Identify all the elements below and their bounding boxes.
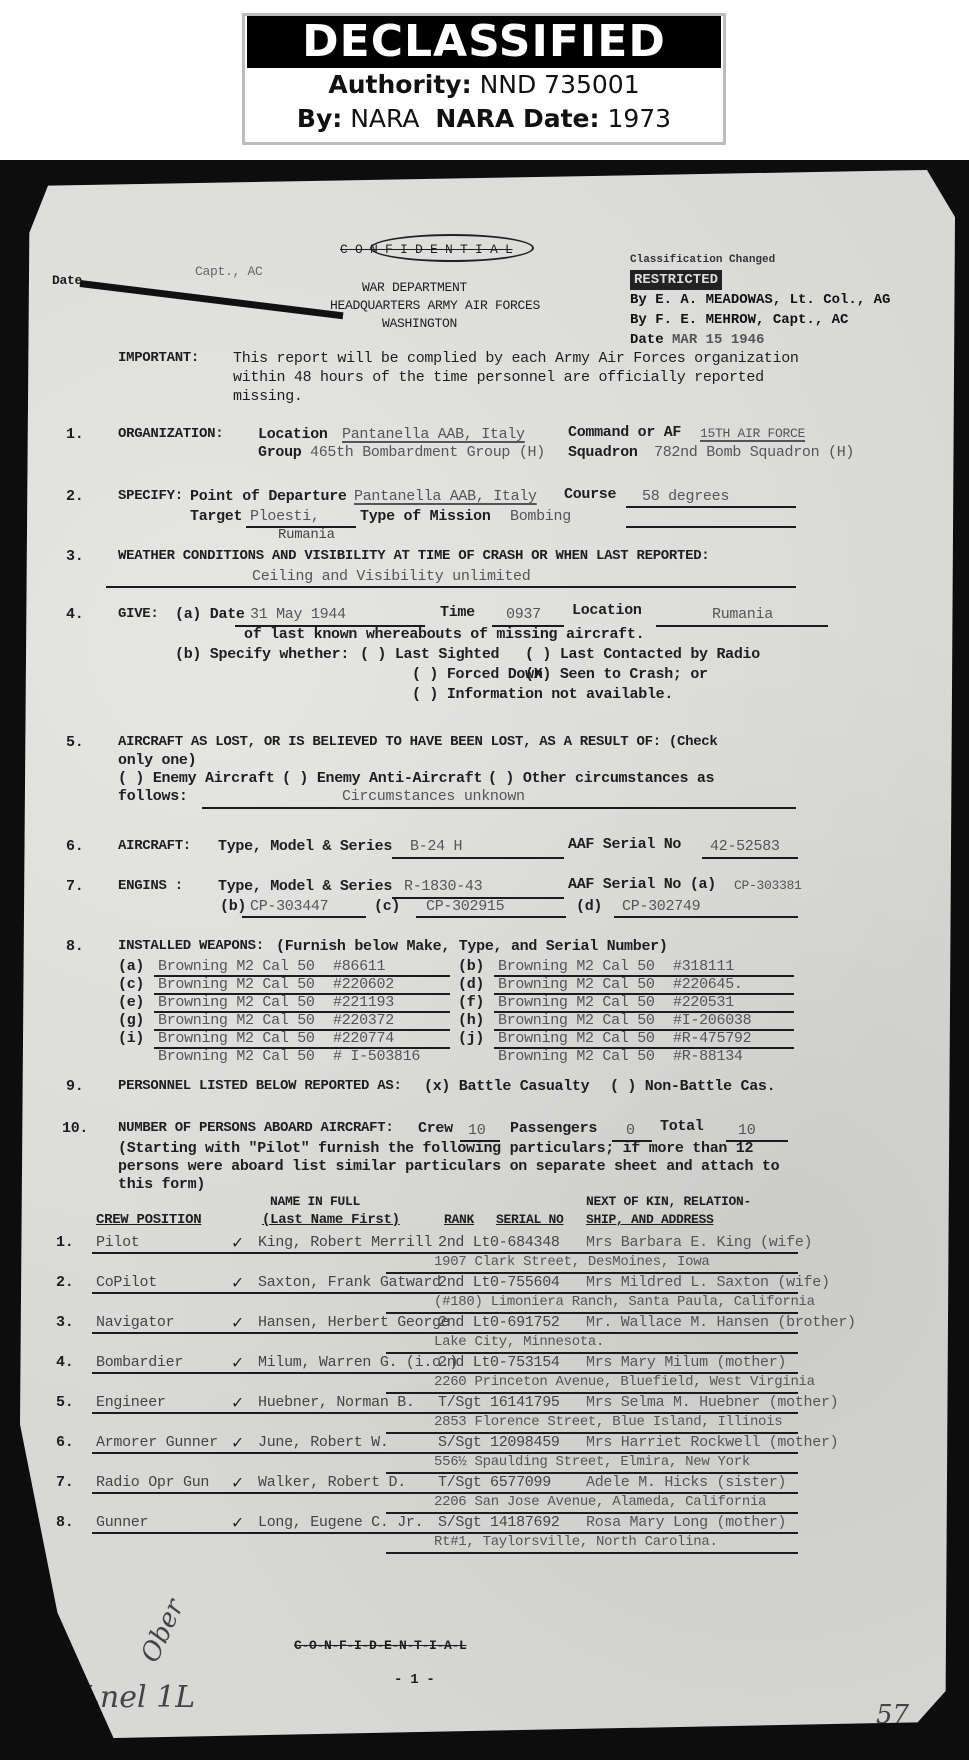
s4-opt-last-sighted[interactable]: ( ) Last Sighted	[360, 646, 499, 663]
s5-label: AIRCRAFT AS LOST, OR IS BELIEVED TO HAVE…	[118, 734, 718, 750]
crew-row-underline	[92, 1292, 798, 1294]
s7-serial-d: CP-302749	[622, 898, 700, 915]
crew-position: CoPilot	[96, 1274, 157, 1291]
crew-name: Walker, Robert D.	[258, 1474, 406, 1491]
crew-kin: Mr. Wallace M. Hansen (brother)	[586, 1314, 856, 1331]
s7-d-underline	[614, 916, 798, 918]
s8-label: INSTALLED WEAPONS:	[118, 938, 264, 954]
hdr-serial: SERIAL NO	[496, 1212, 564, 1227]
crew-row-underline	[92, 1412, 798, 1414]
check-mark-icon: ✓	[232, 1352, 243, 1374]
s2-target-country: Rumania	[278, 527, 335, 543]
s2-mission-value: Bombing	[510, 508, 571, 525]
classification-bottom: C-O-N-F-I-D-E-N-T-I-A-L	[294, 1638, 467, 1653]
crew-name: Milum, Warren G. (i.o.)	[258, 1354, 458, 1371]
s5-opt-enemy-aircraft[interactable]: ( ) Enemy Aircraft	[118, 770, 275, 787]
crew-num: 2.	[56, 1274, 73, 1291]
s9-label: PERSONNEL LISTED BELOW REPORTED AS:	[118, 1078, 402, 1094]
crew-rank: 2nd Lt	[438, 1314, 490, 1331]
page-number: - 1 -	[394, 1672, 435, 1688]
crew-serial: 0-684348	[490, 1234, 560, 1251]
crew-kin: Mrs Harriet Rockwell (mother)	[586, 1434, 838, 1451]
s4-opt-last-contacted[interactable]: ( ) Last Contacted by Radio	[525, 646, 760, 663]
s4-location-label: Location	[572, 602, 642, 619]
check-mark-icon: ✓	[232, 1272, 243, 1294]
weapon-make: Browning M2 Cal 50	[498, 1012, 655, 1029]
s1-command-value: 15TH AIR FORCE	[700, 426, 805, 441]
weapon-make: Browning M2 Cal 50	[158, 976, 315, 993]
date-stamp-value: Capt., AC	[195, 264, 263, 279]
city-title: WASHINGTON	[382, 316, 457, 331]
s2-mission-label: Type of Mission	[360, 508, 491, 525]
crew-rank: 2nd Lt	[438, 1234, 490, 1251]
crew-row-underline	[92, 1492, 798, 1494]
s10-passengers-label: Passengers	[510, 1120, 597, 1137]
important-line-2: within 48 hours of the time personnel ar…	[233, 369, 764, 386]
crew-serial: 12098459	[490, 1434, 560, 1451]
crew-address: (#180) Limoniera Ranch, Santa Paula, Cal…	[434, 1294, 815, 1310]
crew-name: Long, Eugene C. Jr.	[258, 1514, 423, 1531]
hdr-kin-top: NEXT OF KIN, RELATION-	[586, 1194, 751, 1209]
weapon-id: (j)	[458, 1030, 484, 1047]
stamp-by: By: NARA NARA Date: 1973	[245, 102, 723, 136]
s4-num: 4.	[66, 606, 83, 623]
s10-total-value: 10	[738, 1122, 755, 1139]
s6-type-value: B-24 H	[410, 838, 462, 855]
s1-squadron-label: Squadron	[568, 444, 638, 461]
crew-num: 1.	[56, 1234, 73, 1251]
s2-target-label: Target	[190, 508, 242, 525]
s2-departure-value: Pantanella AAB, Italy	[354, 488, 537, 505]
s7-c-underline	[416, 916, 566, 918]
s4-date-value: 31 May 1944	[250, 606, 346, 623]
weapon-serial: #I-206038	[673, 1012, 751, 1029]
crew-row-underline	[92, 1452, 798, 1454]
declassified-stamp: DECLASSIFIED Authority: NND 735001 By: N…	[242, 13, 726, 145]
s6-label: AIRCRAFT:	[118, 838, 191, 854]
weapon-serial: #86611	[333, 958, 385, 975]
s5-follows-value: Circumstances unknown	[342, 788, 525, 805]
s4-opt-info-unavailable[interactable]: ( ) Information not available.	[412, 686, 673, 703]
s10-instr-1: (Starting with "Pilot" furnish the follo…	[118, 1140, 753, 1157]
crew-num: 5.	[56, 1394, 73, 1411]
s4-b-label: (b) Specify whether:	[175, 646, 349, 663]
crew-position: Navigator	[96, 1314, 174, 1331]
s1-label: ORGANIZATION:	[118, 426, 223, 442]
handwritten-note-2: Lnel 1L	[80, 1680, 195, 1715]
check-mark-icon: ✓	[232, 1432, 243, 1454]
s2-course-underline	[626, 506, 796, 508]
paper-page: C-O-N-F-I-D-E-N-T-I-A-L Date Capt., AC W…	[20, 170, 955, 1738]
crew-row-underline	[92, 1332, 798, 1334]
weapon-id: (c)	[118, 976, 144, 993]
weapon-id: (d)	[458, 976, 484, 993]
s3-label: WEATHER CONDITIONS AND VISIBILITY AT TIM…	[118, 548, 709, 564]
crew-serial: 16141795	[490, 1394, 560, 1411]
s7-c-label: (c)	[374, 898, 400, 915]
crew-rank: S/Sgt	[438, 1434, 482, 1451]
s1-command-label: Command or AF	[568, 424, 681, 441]
stamp-title: DECLASSIFIED	[247, 16, 721, 68]
crew-name: June, Robert W.	[258, 1434, 389, 1451]
s1-num: 1.	[66, 426, 83, 443]
s9-opt-battle[interactable]: (x) Battle Casualty	[424, 1078, 589, 1095]
s7-d-label: (d)	[576, 898, 602, 915]
crew-rank: T/Sgt	[438, 1394, 482, 1411]
crew-kin: Mrs Mildred L. Saxton (wife)	[586, 1274, 830, 1291]
scanned-document: C-O-N-F-I-D-E-N-T-I-A-L Date Capt., AC W…	[0, 160, 969, 1760]
weapon-serial: #221193	[333, 994, 394, 1011]
crew-rank: 2nd Lt	[438, 1274, 490, 1291]
s1-group-value: 465th Bombardment Group (H)	[310, 444, 545, 461]
s1-location-label: Location	[258, 426, 328, 443]
weapon-make: Browning M2 Cal 50	[158, 1048, 315, 1065]
s1-group-label: Group	[258, 444, 302, 461]
crew-address: 2206 San Jose Avenue, Alameda, Californi…	[434, 1494, 766, 1510]
crew-name: Hansen, Herbert George	[258, 1314, 449, 1331]
hdr-kin: SHIP, AND ADDRESS	[586, 1212, 714, 1227]
important-line-1: This report will be complied by each Arm…	[233, 350, 799, 367]
s5-opt-anti-aircraft[interactable]: ( ) Enemy Anti-Aircraft	[282, 770, 482, 787]
hq-title: HEADQUARTERS ARMY AIR FORCES	[330, 298, 540, 313]
crew-kin: Rosa Mary Long (mother)	[586, 1514, 786, 1531]
crew-address: Lake City, Minnesota.	[434, 1334, 604, 1350]
s2-course-value: 58 degrees	[642, 488, 729, 505]
s4-location-underline	[656, 625, 828, 627]
weapon-id: (b)	[458, 958, 484, 975]
s2-target-value: Ploesti,	[250, 508, 320, 525]
weapon-serial: #220602	[333, 976, 394, 993]
s8-num: 8.	[66, 938, 83, 955]
s2-blank-underline	[626, 526, 796, 528]
s6-type-underline	[392, 857, 564, 859]
weapon-serial: #R-88134	[673, 1048, 743, 1065]
s5-num: 5.	[66, 734, 83, 751]
crew-position: Pilot	[96, 1234, 140, 1251]
crew-position: Radio Opr Gun	[96, 1474, 209, 1491]
weapon-serial: #R-475792	[673, 1030, 751, 1047]
s4-opt-seen-to-crash[interactable]: (X) Seen to Crash; or	[525, 666, 708, 683]
crew-position: Gunner	[96, 1514, 148, 1531]
weapon-make: Browning M2 Cal 50	[498, 976, 655, 993]
crew-address: 2853 Florence Street, Blue Island, Illin…	[434, 1414, 782, 1430]
restricted-stamp: Classification Changed RESTRICTED By E. …	[630, 250, 900, 342]
s4-opt-forced-down[interactable]: ( ) Forced Down	[412, 666, 543, 683]
date-stamp-label: Date	[52, 273, 82, 288]
weapon-make: Browning M2 Cal 50	[158, 1030, 315, 1047]
crew-address: 556½ Spaulding Street, Elmira, New York	[434, 1454, 750, 1470]
crew-serial: 0-755604	[490, 1274, 560, 1291]
weapon-make: Browning M2 Cal 50	[498, 1030, 655, 1047]
hdr-name: (Last Name First)	[262, 1212, 400, 1228]
weapon-serial: #220531	[673, 994, 734, 1011]
crew-position: Engineer	[96, 1394, 166, 1411]
weapon-make: Browning M2 Cal 50	[498, 1048, 655, 1065]
s4-date-label: (a) Date	[175, 606, 245, 623]
s7-type-label: Type, Model & Series	[218, 878, 392, 895]
hdr-rank: RANK	[444, 1212, 474, 1227]
weapon-make: Browning M2 Cal 50	[158, 994, 315, 1011]
s7-serial-b: CP-303447	[250, 898, 328, 915]
s6-type-label: Type, Model & Series	[218, 838, 392, 855]
hdr-name-top: NAME IN FULL	[270, 1194, 360, 1209]
weapon-id: (e)	[118, 994, 144, 1011]
s6-serial-label: AAF Serial No	[568, 836, 681, 853]
hdr-position: CREW POSITION	[96, 1212, 201, 1228]
weapon-id: (g)	[118, 1012, 144, 1029]
crew-row-underline	[92, 1532, 798, 1534]
weapon-serial: #220645.	[673, 976, 743, 993]
s5-follows-label: follows:	[118, 788, 188, 805]
crew-rank: T/Sgt	[438, 1474, 482, 1491]
s7-num: 7.	[66, 878, 83, 895]
s3-value: Ceiling and Visibility unlimited	[252, 568, 530, 585]
important-label: IMPORTANT:	[118, 350, 199, 366]
crew-row-underline	[92, 1252, 798, 1254]
weapon-serial: # I-503816	[333, 1048, 420, 1065]
s7-serial-a: CP-303381	[734, 878, 802, 893]
s5-label-2: only one)	[118, 752, 196, 769]
dept-title: WAR DEPARTMENT	[362, 280, 467, 295]
crew-address-underline	[386, 1552, 798, 1554]
s6-num: 6.	[66, 838, 83, 855]
s1-location-value: Pantanella AAB, Italy	[342, 426, 525, 443]
weapon-make: Browning M2 Cal 50	[158, 1012, 315, 1029]
s7-serial-c: CP-302915	[426, 898, 504, 915]
check-mark-icon: ✓	[232, 1472, 243, 1494]
crew-position: Armorer Gunner	[96, 1434, 218, 1451]
weapon-serial: #220774	[333, 1030, 394, 1047]
crew-kin: Mrs Barbara E. King (wife)	[586, 1234, 812, 1251]
crew-serial: 14187692	[490, 1514, 560, 1531]
crew-num: 6.	[56, 1434, 73, 1451]
s10-total-label: Total	[660, 1118, 704, 1135]
s10-crew-value: 10	[468, 1122, 485, 1139]
crew-name: Huebner, Norman B.	[258, 1394, 415, 1411]
s10-instr-3: this form)	[118, 1176, 205, 1193]
s5-opt-other[interactable]: ( ) Other circumstances as	[488, 770, 714, 787]
crew-num: 3.	[56, 1314, 73, 1331]
s6-serial-underline	[702, 857, 798, 859]
s7-serial-label: AAF Serial No (a)	[568, 876, 716, 893]
s2-num: 2.	[66, 488, 83, 505]
s10-label: NUMBER OF PERSONS ABOARD AIRCRAFT:	[118, 1120, 393, 1136]
s4-a-caption: of last known whereabouts of missing air…	[244, 626, 644, 643]
crew-position: Bombardier	[96, 1354, 183, 1371]
s10-passengers-value: 0	[626, 1122, 635, 1139]
date-stamp-bar	[80, 280, 344, 319]
s7-type-value: R-1830-43	[404, 878, 482, 895]
crew-name: Saxton, Frank Gatward	[258, 1274, 441, 1291]
s7-label: ENGINS :	[118, 878, 183, 894]
crew-address: 1907 Clark Street, DesMoines, Iowa	[434, 1254, 709, 1270]
s10-crew-label: Crew	[418, 1120, 453, 1137]
s7-b-underline	[242, 916, 366, 918]
crew-serial: 0-753154	[490, 1354, 560, 1371]
crew-kin: Mrs Mary Milum (mother)	[586, 1354, 786, 1371]
crew-rank: 2nd Lt	[438, 1354, 490, 1371]
s5-underline	[202, 807, 796, 809]
s9-opt-nonbattle[interactable]: ( ) Non-Battle Cas.	[610, 1078, 775, 1095]
crew-address: Rt#1, Taylorsville, North Carolina.	[434, 1534, 718, 1550]
crew-name: King, Robert Merrill	[258, 1234, 432, 1251]
check-mark-icon: ✓	[232, 1232, 243, 1254]
crew-kin: Mrs Selma M. Huebner (mother)	[586, 1394, 838, 1411]
handwritten-note-1: Ober	[135, 1595, 190, 1667]
weapon-id: (i)	[118, 1030, 144, 1047]
weapon-id: (h)	[458, 1012, 484, 1029]
s6-serial-value: 42-52583	[710, 838, 780, 855]
weapon-serial: #318111	[673, 958, 734, 975]
crew-num: 8.	[56, 1514, 73, 1531]
s3-num: 3.	[66, 548, 83, 565]
crew-serial: 6577099	[490, 1474, 551, 1491]
crew-row-underline	[92, 1372, 798, 1374]
weapon-make: Browning M2 Cal 50	[498, 958, 655, 975]
s10-instr-2: persons were aboard list similar particu…	[118, 1158, 779, 1175]
s4-time-value: 0937	[506, 606, 541, 623]
s9-num: 9.	[66, 1078, 83, 1095]
s2-departure-label: Point of Departure	[190, 488, 347, 505]
s2-label: SPECIFY:	[118, 488, 183, 504]
s2-course-label: Course	[564, 486, 616, 503]
s7-b-label: (b)	[220, 898, 246, 915]
s1-squadron-value: 782nd Bomb Squadron (H)	[654, 444, 854, 461]
important-line-3: missing.	[233, 388, 303, 405]
check-mark-icon: ✓	[232, 1312, 243, 1334]
weapon-id: (f)	[458, 994, 484, 1011]
handwritten-page-mark: 57	[876, 1700, 909, 1730]
weapon-id: (a)	[118, 958, 144, 975]
check-mark-icon: ✓	[232, 1512, 243, 1534]
s4-location-value: Rumania	[712, 606, 773, 623]
stamp-authority: Authority: NND 735001	[245, 68, 723, 102]
s3-underline	[106, 586, 796, 588]
crew-address: 2260 Princeton Avenue, Bluefield, West V…	[434, 1374, 815, 1390]
weapon-serial: #220372	[333, 1012, 394, 1029]
weapon-make: Browning M2 Cal 50	[498, 994, 655, 1011]
crew-num: 4.	[56, 1354, 73, 1371]
s4-label: GIVE:	[118, 606, 159, 622]
crew-serial: 0-691752	[490, 1314, 560, 1331]
s10-num: 10.	[62, 1120, 88, 1137]
crew-num: 7.	[56, 1474, 73, 1491]
crew-rank: S/Sgt	[438, 1514, 482, 1531]
weapon-make: Browning M2 Cal 50	[158, 958, 315, 975]
classification-circle	[370, 234, 534, 262]
s4-time-label: Time	[440, 604, 475, 621]
crew-kin: Adele M. Hicks (sister)	[586, 1474, 786, 1491]
check-mark-icon: ✓	[232, 1392, 243, 1414]
s8-caption: (Furnish below Make, Type, and Serial Nu…	[276, 938, 668, 955]
